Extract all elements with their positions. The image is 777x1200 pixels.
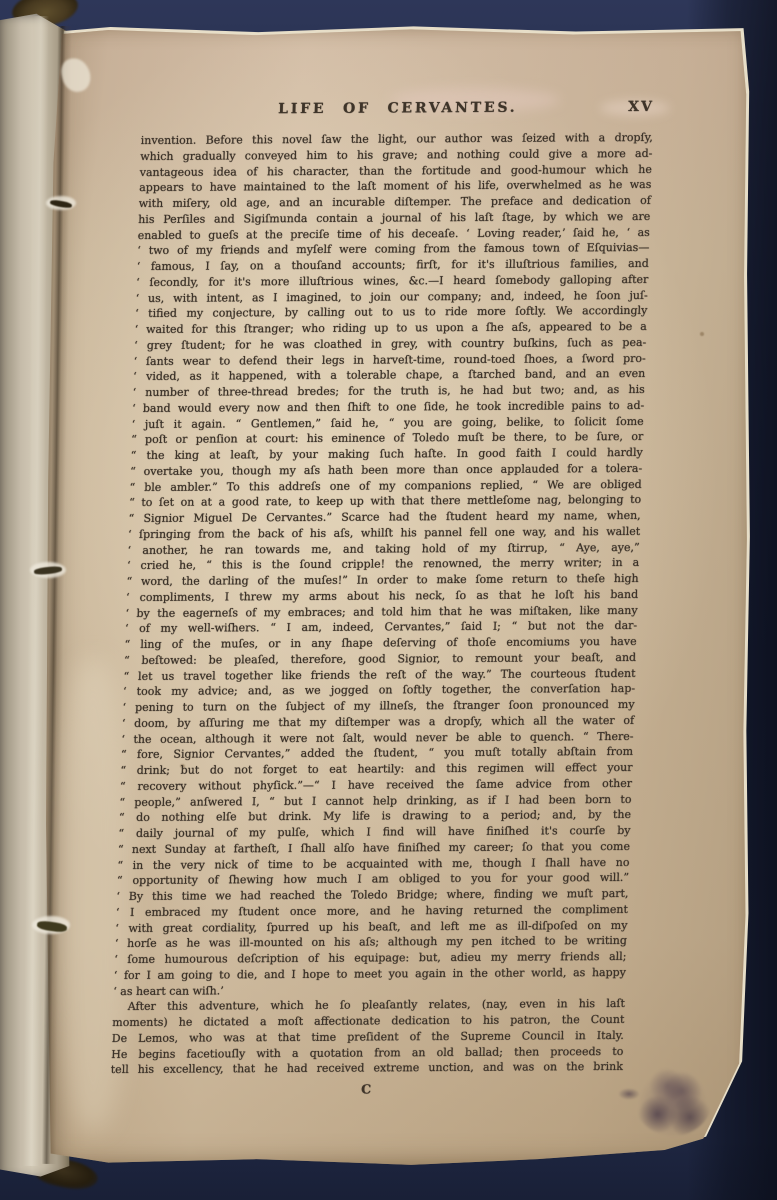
printed-content: LIFE OF CERVANTES. XV invention. Before … <box>110 99 654 1098</box>
library-ink-stamp <box>634 1064 712 1136</box>
text-line: ‘ for I am going to die, and I hope to m… <box>114 965 627 984</box>
paragraph-2: After this adventure, which he ſo pleaſa… <box>110 996 625 1078</box>
text-line: tell his excellency, that he had receive… <box>110 1059 623 1078</box>
running-header: LIFE OF CERVANTES. XV <box>141 99 654 118</box>
ink-stamp-smudge <box>618 1088 640 1100</box>
page-title: LIFE OF CERVANTES. <box>278 100 518 117</box>
paragraph-1: invention. Before this novel ſaw the lig… <box>113 130 653 999</box>
signature-mark: C <box>110 1080 623 1098</box>
book-photo: LIFE OF CERVANTES. XV invention. Before … <box>0 0 777 1200</box>
page-number: XV <box>628 99 654 115</box>
